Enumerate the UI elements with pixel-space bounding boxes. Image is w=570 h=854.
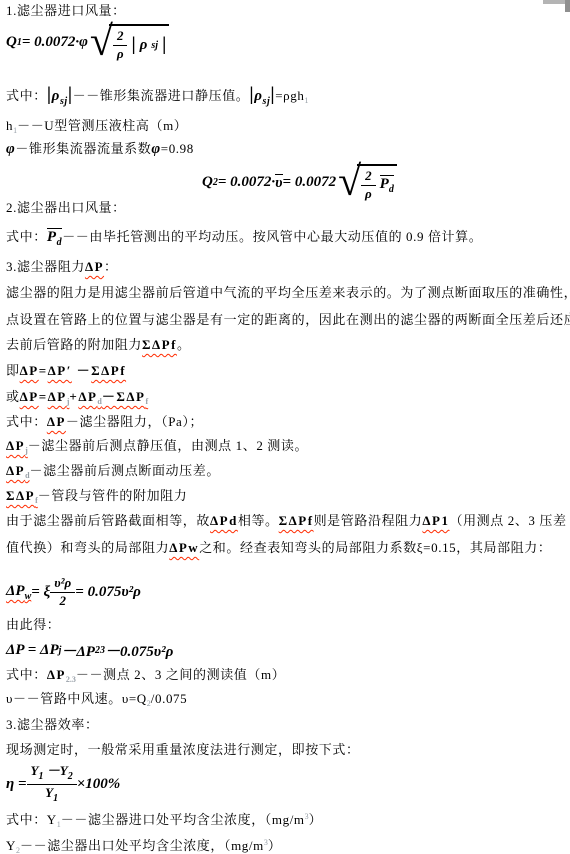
delta-p: ΔP — [6, 583, 25, 599]
text-run: 3.滤尘器阻力 — [6, 259, 85, 274]
equation-line-2: 或ΔP=ΔPj+ΔPd－ΣΔPf — [6, 388, 148, 411]
sub-1: 1 — [53, 793, 58, 804]
text-run: 式中： — [6, 229, 47, 244]
text-run: （用测点 2、3 压差 — [449, 513, 566, 528]
delta-p23-term: ΔP2.3 — [47, 667, 76, 682]
var-phi: φ — [151, 141, 160, 157]
text-run: －－测点 2、3 之间的测读值（m） — [76, 667, 285, 682]
delta-p-term: ΔP — [20, 363, 39, 378]
definition-sigma-delta-pf: ΣΔPf－管段与管件的附加阻力 — [6, 487, 187, 510]
sigma-delta-p: ΣΔP — [6, 488, 35, 503]
delta-pw-term: ΔPw — [6, 583, 31, 602]
text-run: =ρgh — [275, 88, 304, 103]
numerator: 2 — [113, 29, 128, 46]
text-run: －滤尘器阻力，（Pa）； — [66, 414, 203, 429]
sigma-delta-pf-term: ΣΔPf — [91, 363, 126, 378]
var-phi: φ — [6, 141, 15, 157]
var-q2: Q — [202, 174, 213, 191]
text-run: 1.滤尘器进口风量： — [6, 3, 126, 18]
text-run: －滤尘器前后测点静压值，由测点 1、2 测读。 — [28, 438, 308, 453]
denominator: Y1 — [45, 785, 58, 805]
abs-bar: | — [131, 34, 135, 56]
text-run: =0.98 — [161, 141, 194, 156]
minus: － — [72, 363, 91, 378]
text-run: 或 — [6, 389, 20, 404]
heading-filter-resistance: 3.滤尘器阻力ΔP： — [6, 258, 118, 276]
definition-velocity: υ－－管路中风速。υ=Q2/0.075 — [6, 690, 187, 713]
mid: －ΔP — [61, 640, 95, 661]
denominator: 2 — [60, 593, 67, 609]
text-run: －－锥形集流器进口静压值。 — [73, 88, 250, 103]
var-rho-sub: sj — [60, 96, 68, 107]
text-run: 由于滤尘器前后管路截面相等，故 — [6, 513, 210, 528]
text-run: 由此得： — [6, 617, 60, 632]
numerator: υ²ρ — [50, 576, 75, 593]
abs-bar: | — [162, 34, 166, 56]
text-run: 去前后管路的附加阻力 — [6, 337, 142, 352]
where-clause-delta-p: 式中：ΔP－滤尘器阻力，（Pa）； — [6, 413, 203, 431]
sigma-delta-pf-term: ΣΔPf — [142, 337, 177, 352]
var-q1: Q — [6, 34, 17, 51]
where-clause-delta-p23: 式中：ΔP2.3－－测点 2、3 之间的测读值（m） — [6, 666, 285, 689]
eta-equals: η = — [6, 776, 27, 793]
delta-p-term: ΔP — [47, 414, 66, 429]
sub-2: 2 — [68, 771, 73, 782]
text-run: 相等。 — [238, 513, 279, 528]
fraction-v2rho-2: υ²ρ2 — [50, 576, 75, 609]
text-run: 之和。经查表知弯头的局部阻力系数ξ=0.15，其局部阻力： — [199, 540, 551, 555]
where-clause-static-pressure: 式中：|ρsj|－－锥形集流器进口静压值。|ρsj|=ρgh1 — [6, 86, 308, 111]
text-run: 滤尘器的阻力是用滤尘器前后管道中气流的平均全压差来表示的。为了测点断面取压的准确… — [6, 285, 570, 300]
text-therefore: 由此得： — [6, 616, 60, 634]
paragraph-resistance-1: 滤尘器的阻力是用滤尘器前后管道中气流的平均全压差来表示的。为了测点断面取压的准确… — [6, 284, 570, 302]
formula-local-resistance: ΔPw = ξ υ²ρ2 = 0.075υ²ρ — [6, 576, 141, 609]
text-run: ） — [309, 812, 323, 827]
formula-delta-p-final: ΔP = ΔPj －ΔP23 －0.075υ²ρ — [6, 640, 173, 661]
paragraph-resistance-5: 值代换）和弯头的局部阻力ΔPw之和。经查表知弯头的局部阻力系数ξ=0.15，其局… — [6, 539, 551, 557]
mean-dynamic-pressure: Pd — [380, 175, 394, 196]
delta-pd-term: ΔPd — [6, 463, 30, 478]
delta-p1-term: ΔP1 — [422, 513, 449, 528]
formula-q1: Q1 = 0.0072·φ √ 2ρ |ρsj| — [6, 24, 169, 62]
paragraph-efficiency: 现场测定时，一般常采用重量浓度法进行测定，即按下式： — [6, 741, 360, 759]
square-root: √ 2ρ |ρsj| — [90, 24, 169, 62]
text-run: 。 — [177, 337, 191, 352]
radicand: 2ρ Pd — [357, 164, 397, 202]
h1-definition: h1－－U型管测压液柱高（m） — [6, 117, 187, 140]
text-run: －－滤尘器进口处平均含尘浓度，（mg/m — [61, 812, 305, 827]
definition-y2: Y2－－滤尘器出口处平均含尘浓度，（mg/m3） — [6, 834, 281, 854]
delta-p: ΔP — [6, 438, 25, 453]
var-rho: ρ — [52, 88, 60, 104]
radical-icon: √ — [338, 165, 361, 199]
heading-outlet-airflow: 2.滤尘器出口风量： — [6, 199, 126, 217]
sub-f: f — [145, 397, 148, 406]
var-p-sub: d — [389, 184, 394, 195]
var-rho-sub: sj — [151, 40, 158, 51]
numerator: Y1 －Y2 — [27, 764, 77, 785]
text-run: 式中：Y — [6, 812, 57, 827]
text-run: －－由毕托管测出的平均动压。按风管中心最大动压值的 0.9 倍计算。 — [62, 229, 482, 244]
var-rho: ρ — [140, 37, 148, 54]
minus-sigma-delta-p: －ΣΔP — [102, 389, 146, 404]
text-run: ： — [104, 259, 118, 274]
delta-p-term: ΔP — [20, 389, 39, 404]
delta-p: ΔP — [47, 667, 66, 682]
fraction-y1y2: Y1 －Y2 Y1 — [27, 764, 77, 804]
delta-p: ΔP — [48, 389, 67, 404]
text-run: 现场测定时，一般常采用重量浓度法进行测定，即按下式： — [6, 742, 360, 757]
text-run: 值代换）和弯头的局部阻力 — [6, 540, 169, 555]
text-run: 则是管路沿程阻力 — [314, 513, 423, 528]
delta-p-prime-term: ΔP′ — [48, 363, 72, 378]
radical-icon: √ — [90, 25, 113, 59]
text-run: －－U型管测压液柱高（m） — [17, 118, 187, 133]
tail: －0.075υ²ρ — [105, 640, 173, 661]
text-run: 2.滤尘器出口风量： — [6, 200, 126, 215]
equals-xi: = ξ — [31, 584, 50, 601]
text-run: 式中： — [6, 667, 47, 682]
delta-p: ΔP — [6, 463, 25, 478]
document-page: 1.滤尘器进口风量： Q1 = 0.0072·φ √ 2ρ |ρsj| 式中：|… — [0, 0, 570, 854]
text-run: /0.075 — [151, 691, 187, 706]
mean-dynamic-pressure: Pd — [47, 228, 62, 249]
heading-inlet-airflow: 1.滤尘器进口风量： — [6, 2, 126, 20]
fraction-2-rho: 2ρ — [361, 169, 376, 202]
text-run: 3.滤尘器效率： — [6, 717, 99, 732]
times-100: ×100% — [77, 776, 121, 793]
phi-definition: φ－锥形集流器流量系数φ=0.98 — [6, 140, 194, 158]
result: = 0.075υ²ρ — [75, 584, 141, 601]
text-run: Y — [6, 838, 16, 853]
var-y1: Y — [45, 785, 53, 800]
definition-delta-pj: ΔPj－滤尘器前后测点静压值，由测点 1、2 测读。 — [6, 437, 308, 460]
delta-pw-term: ΔPw — [169, 540, 199, 555]
delta-pj-term: ΔPj — [48, 389, 70, 404]
mean-velocity: υ — [275, 174, 282, 192]
sub-1: 1 — [304, 96, 308, 105]
text-run: 式中： — [6, 88, 47, 103]
formula-q2: Q2 = 0.0072·υ = 0.0072 √ 2ρ Pd — [202, 164, 397, 202]
paragraph-resistance-3: 去前后管路的附加阻力ΣΔPf。 — [6, 336, 191, 354]
heading-filter-efficiency: 3.滤尘器效率： — [6, 716, 99, 734]
delta-p-term: ΔP — [85, 259, 104, 274]
text-run: －－滤尘器出口处平均含尘浓度，（mg/m — [20, 838, 264, 853]
where-clause-dynamic-pressure: 式中：Pd－－由毕托管测出的平均动压。按风管中心最大动压值的 0.9 倍计算。 — [6, 228, 482, 249]
formula-efficiency: η = Y1 －Y2 Y1 ×100% — [6, 764, 120, 804]
text-run: υ－－管路中风速。υ=Q — [6, 691, 147, 706]
fraction-2-rho: 2ρ — [113, 29, 128, 62]
equals: = — [39, 363, 48, 378]
scrollbar-thumb-edge[interactable] — [565, 0, 570, 12]
denominator: ρ — [365, 186, 372, 202]
sub-23: 23 — [95, 645, 105, 656]
definition-delta-pd: ΔPd－滤尘器前后测点断面动压差。 — [6, 462, 220, 485]
radicand: 2ρ |ρsj| — [109, 24, 169, 62]
text-run: 式中： — [6, 414, 47, 429]
equation-line-1: 即ΔP=ΔP′ －ΣΔPf — [6, 362, 126, 380]
text-run: －管段与管件的附加阻力 — [38, 488, 188, 503]
numerator: 2 — [361, 169, 376, 186]
paragraph-resistance-4: 由于滤尘器前后管路截面相等，故ΔPd相等。ΣΔPf则是管路沿程阻力ΔP1（用测点… — [6, 512, 567, 530]
minus-y2: －Y — [43, 763, 67, 778]
paragraph-resistance-2: 点设置在管路上的位置与滤尘器是有一定的距离的，因此在测出的滤尘器的两断面全压差后… — [6, 311, 570, 329]
square-root: √ 2ρ Pd — [338, 164, 397, 202]
equals: = — [39, 389, 48, 404]
lhs: ΔP = ΔP — [6, 642, 59, 659]
text-run: 即 — [6, 363, 20, 378]
sigma-delta-pf-term: ΣΔPf — [279, 513, 314, 528]
sub-w: w — [25, 591, 32, 602]
text-run: －滤尘器前后测点断面动压差。 — [30, 463, 220, 478]
sub-23: 2.3 — [66, 675, 76, 684]
coefficient: = 0.0072· — [218, 174, 275, 191]
delta-pd-sigma-term: ΔPd－ΣΔPf — [78, 389, 148, 404]
var-rho: ρ — [254, 88, 262, 104]
text-run: －锥形集流器流量系数 — [15, 141, 151, 156]
denominator: ρ — [117, 46, 124, 62]
text-run: ） — [268, 838, 282, 853]
plus: + — [69, 389, 78, 404]
where-clause-y1: 式中：Y1－－滤尘器进口处平均含尘浓度，（mg/m3） — [6, 808, 322, 834]
var-p: P — [47, 229, 57, 245]
text-run: 点设置在管路上的位置与滤尘器是有一定的距离的，因此在测出的滤尘器的两断面全压差后… — [6, 312, 570, 327]
coefficient: = 0.0072 — [283, 174, 337, 191]
coefficient: = 0.0072·φ — [22, 34, 88, 51]
sigma-delta-pf-term: ΣΔPf — [6, 488, 38, 503]
delta-p: ΔP — [78, 389, 97, 404]
delta-pd-term: ΔPd — [210, 513, 238, 528]
var-p: P — [380, 176, 389, 192]
delta-pj-term: ΔPj — [6, 438, 28, 453]
